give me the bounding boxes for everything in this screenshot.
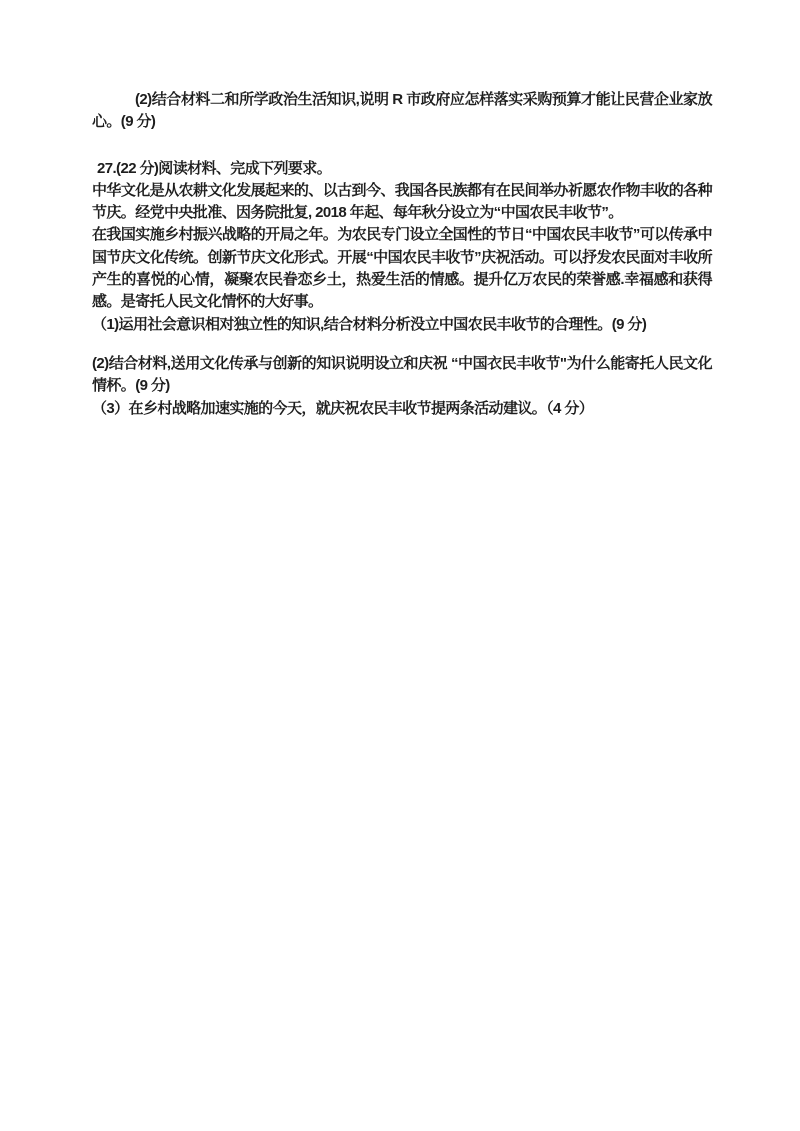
question-27-sub-question-3: （3）在乡村战略加速实施的今天，就庆祝农民丰收节提两条活动建议。（4 分） bbox=[92, 398, 712, 420]
question-27-material-paragraph-1: 中华文化是从农耕文化发展起来的、以古到今、我国各民族都有在民间举办祈愿农作物丰收… bbox=[92, 180, 712, 225]
question-2-previous-section: (2)结合材料二和所学政治生活知识,说明 R 市政府应怎样落实采购预算才能让民营… bbox=[92, 89, 712, 134]
question-27-material-paragraph-2: 在我国实施乡村振兴战略的开局之年。为农民专门设立全国性的节日“中国农民丰收节”可… bbox=[92, 224, 712, 313]
exam-text-block: (2)结合材料二和所学政治生活知识,说明 R 市政府应怎样落实采购预算才能让民营… bbox=[92, 89, 712, 420]
question-27-sub-question-1: （1)运用社会意识相对独立性的知识,结合材料分析没立中国农民丰收节的合理性。(9… bbox=[92, 314, 712, 336]
question-27-sub-question-2: (2)结合材料,送用文化传承与创新的知识说明设立和庆祝 “中国衣民丰收节"为什么… bbox=[92, 353, 712, 398]
scanned-exam-page: (2)结合材料二和所学政治生活知识,说明 R 市政府应怎样落实采购预算才能让民营… bbox=[0, 0, 800, 1131]
question-27-header: 27.(22 分)阅读材料、完成下列要求。 bbox=[92, 158, 712, 180]
